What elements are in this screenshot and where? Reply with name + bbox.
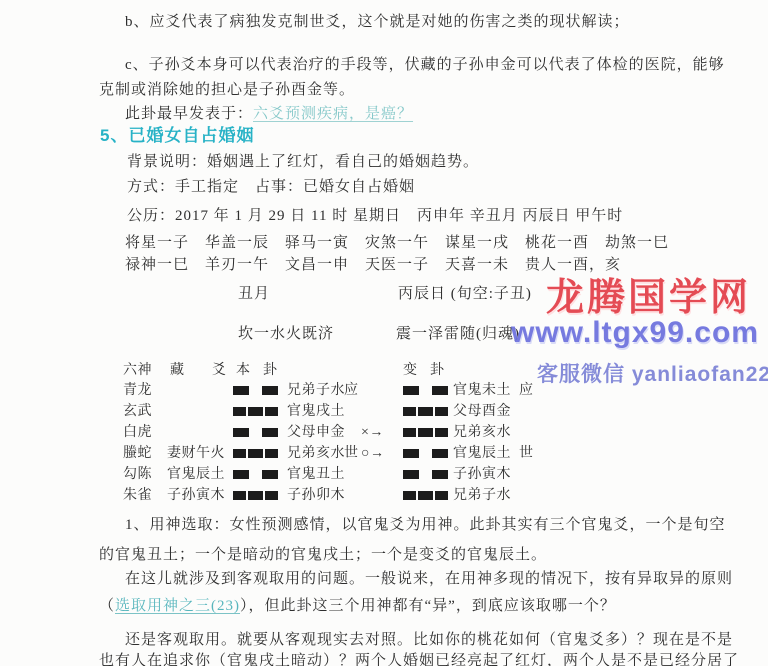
changed-shi-ying-mark: 世	[519, 443, 534, 464]
publish-prefix: 此卦最早发表于：	[125, 106, 253, 122]
changed-yao-label: 父母酉金	[453, 401, 511, 422]
analysis-p1-line1: 1、用神选取：女性预测感情，以官鬼爻为用神。此卦其实有三个官鬼爻，一个是旬空	[125, 515, 726, 535]
changed-hexagram-yin-line-icon	[403, 470, 448, 479]
publish-article-link[interactable]: 六爻预测疾病，是癌？	[253, 106, 413, 122]
watermark-contact-wechat: 客服微信 yanliaofan225	[537, 358, 768, 388]
publish-line: 此卦最早发表于：六爻预测疾病，是癌？	[125, 104, 413, 124]
header-ben: 本	[236, 360, 251, 381]
watermark-site-url: www.ltgx99.com	[511, 316, 759, 350]
main-hexagram-yang-line-icon	[233, 407, 278, 416]
changed-shi-ying-mark: 应	[519, 380, 534, 401]
analysis-p4-line2: 也有人在追求你（官鬼戌土暗动）？两个人婚姻已经亮起了红灯，两个人是不是已经分居了	[99, 651, 739, 666]
changed-hexagram-yang-line-icon	[403, 407, 448, 416]
header-gua-ben: 卦	[263, 360, 278, 381]
header-yao: 爻	[212, 360, 227, 381]
main-yao-label: 官鬼丑土	[287, 464, 345, 485]
paragraph-c-line1: c、子孙爻本身可以代表治疗的手段等，伏藏的子孙申金可以代表了体检的医院，能够	[125, 55, 725, 75]
six-god-label: 勾陈	[123, 464, 152, 485]
main-yao-label: 父母申金	[287, 422, 345, 443]
moving-line-mark: ×→	[361, 422, 384, 443]
changed-yao-label: 官鬼未土	[453, 380, 511, 401]
main-yao-label: 官鬼戌土	[287, 401, 345, 422]
day-label: 丙辰日 (旬空:子丑)	[398, 284, 532, 304]
month-label: 丑月	[238, 284, 270, 304]
header-gua-bian: 卦	[430, 360, 445, 381]
changed-hexagram-yin-line-icon	[403, 386, 448, 395]
changed-hexagram-yin-line-icon	[403, 449, 448, 458]
changed-yao-label: 子孙寅木	[453, 464, 511, 485]
main-hexagram-yin-line-icon	[233, 428, 278, 437]
changed-hexagram-yang-line-icon	[403, 428, 448, 437]
six-god-label: 螣蛇	[123, 443, 152, 464]
changed-yao-label: 兄弟子水	[453, 485, 511, 506]
changed-hexagram-name: 震一泽雷随(归魂)	[396, 324, 520, 344]
header-bian: 变	[403, 360, 418, 381]
changed-yao-label: 官鬼辰土	[453, 443, 511, 464]
header-liushen: 六神	[123, 360, 152, 381]
background-line: 背景说明：婚姻遇上了红灯，看自己的婚姻趋势。	[127, 152, 479, 172]
hexagram-row: 勾陈官鬼辰土官鬼丑土子孙寅木	[0, 464, 768, 485]
paragraph-b: b、应爻代表了病独发克制世爻，这个就是对她的伤害之类的现状解读；	[125, 12, 630, 32]
main-yao-label: 子孙卯木	[287, 485, 345, 506]
main-hexagram-yang-line-icon	[233, 449, 278, 458]
moving-line-mark: ○→	[361, 443, 384, 464]
hexagram-row: 螣蛇妻财午火兄弟亥水世○→官鬼辰土世	[0, 443, 768, 464]
main-yao-label: 兄弟子水	[287, 380, 345, 401]
six-god-label: 青龙	[123, 380, 152, 401]
yongshen-reference-link[interactable]: 选取用神之三(23)	[115, 598, 240, 614]
analysis-p3-suffix: ），但此卦这三个用神都有“异”，到底应该取哪一个？	[240, 598, 616, 614]
analysis-p4-line1: 还是客观取用。就要从客观现实去对照。比如你的桃花如何（官鬼爻多）？现在是不是	[125, 630, 733, 650]
hexagram-row: 玄武官鬼戌土父母酉金	[0, 401, 768, 422]
method-line: 方式：手工指定 占事：已婚女自占婚姻	[127, 177, 415, 197]
main-yao-label: 兄弟亥水	[287, 443, 345, 464]
six-god-label: 玄武	[123, 401, 152, 422]
section-heading: 5、已婚女自占婚姻	[100, 126, 254, 146]
watermark-site-name: 龙腾国学网	[546, 266, 751, 321]
analysis-p3-line: （选取用神之三(23)），但此卦这三个用神都有“异”，到底应该取哪一个？	[99, 596, 616, 616]
six-god-label: 白虎	[123, 422, 152, 443]
changed-yao-label: 兄弟亥水	[453, 422, 511, 443]
hidden-yao-label: 官鬼辰土	[167, 464, 225, 485]
solar-date-line: 公历：2017 年 1 月 29 日 11 时 星期日 丙申年 辛丑月 丙辰日 …	[127, 206, 623, 226]
analysis-p3-prefix: （	[99, 598, 115, 614]
main-hexagram-yang-line-icon	[233, 491, 278, 500]
document-page: b、应爻代表了病独发克制世爻，这个就是对她的伤害之类的现状解读； c、子孙爻本身…	[0, 0, 768, 666]
paragraph-c-line2: 克制或消除她的担心是子孙酉金等。	[99, 80, 355, 100]
main-hexagram-yin-line-icon	[233, 386, 278, 395]
hidden-yao-label: 妻财午火	[167, 443, 225, 464]
main-shi-ying-mark: 应	[344, 380, 359, 401]
analysis-p2-line1: 在这儿就涉及到客观取用的问题。一般说来，在用神多现的情况下，按有异取异的原则	[125, 569, 733, 589]
main-hexagram-yin-line-icon	[233, 470, 278, 479]
changed-hexagram-yang-line-icon	[403, 491, 448, 500]
analysis-p1-line2: 的官鬼丑土；一个是暗动的官鬼戌土；一个是变爻的官鬼辰土。	[99, 545, 547, 565]
hexagram-row: 白虎父母申金×→兄弟亥水	[0, 422, 768, 443]
hidden-yao-label: 子孙寅木	[167, 485, 225, 506]
main-shi-ying-mark: 世	[344, 443, 359, 464]
six-god-label: 朱雀	[123, 485, 152, 506]
main-hexagram-name: 坎一水火既济	[238, 324, 334, 344]
header-cang: 藏	[170, 360, 185, 381]
stars-line-1: 将星一子 华盖一辰 驿马一寅 灾煞一午 谋星一戌 桃花一酉 劫煞一巳	[125, 233, 669, 253]
hexagram-row: 朱雀子孙寅木子孙卯木兄弟子水	[0, 485, 768, 506]
